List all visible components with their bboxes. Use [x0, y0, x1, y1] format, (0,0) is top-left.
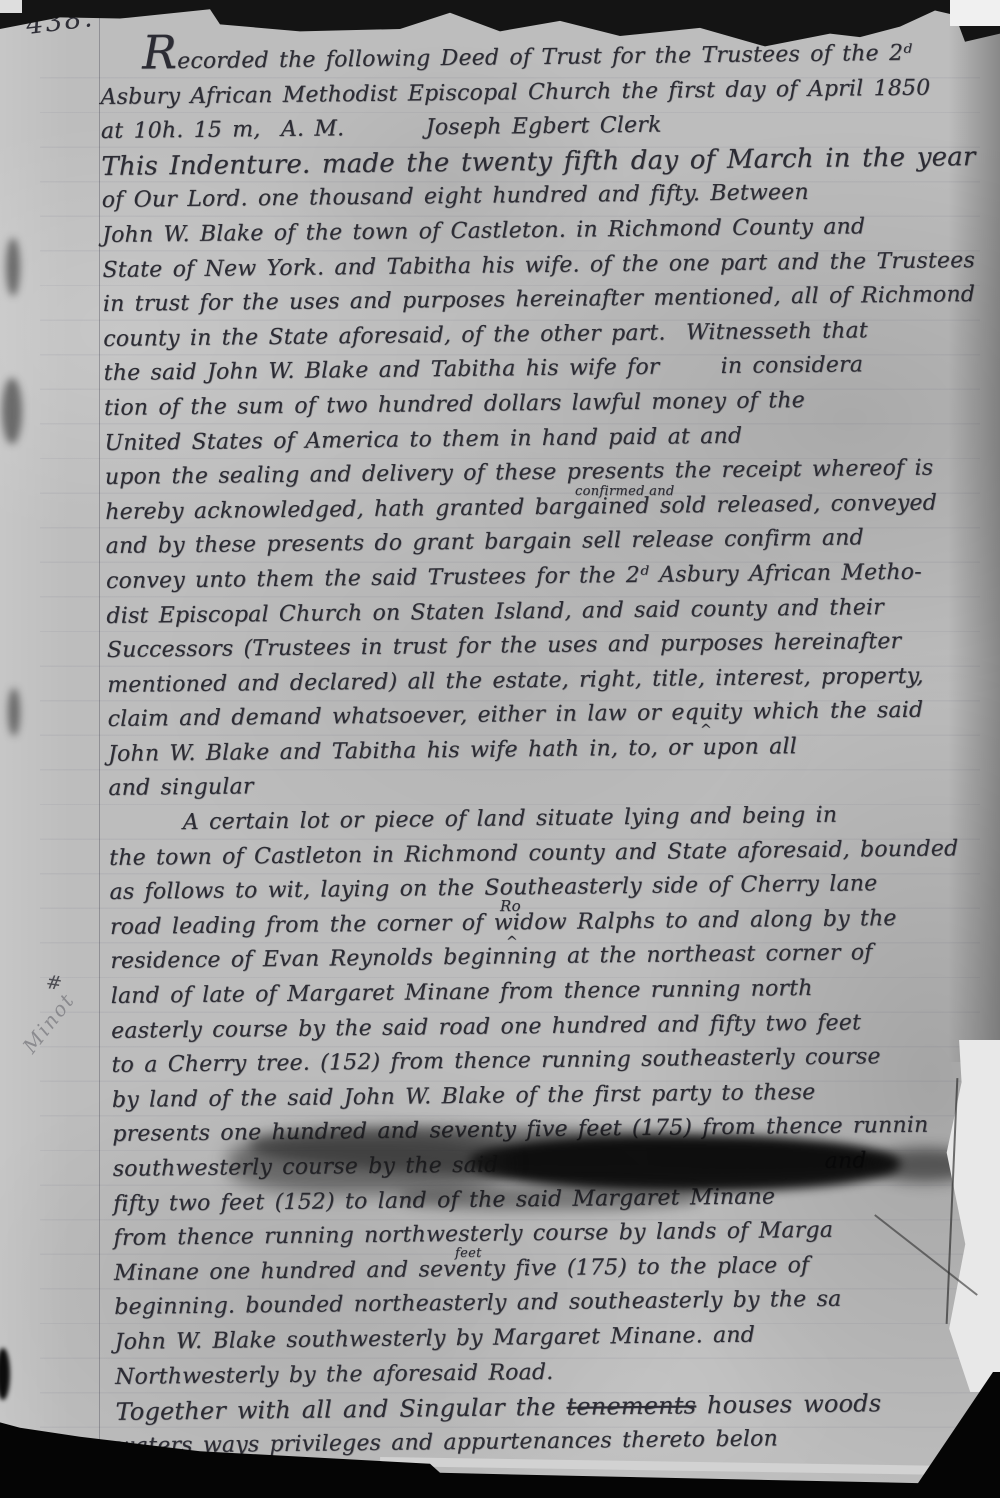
- interline-insert-confirmed-and: confirmed and: [575, 484, 674, 499]
- caret-mark: ^: [506, 934, 518, 950]
- caret-mark: ^: [700, 722, 712, 738]
- top-left-notch: [0, 0, 22, 13]
- edge-smudge: [2, 378, 22, 444]
- interline-insert-ro: Ro: [500, 897, 521, 915]
- interline-insert-feet: feet: [455, 1246, 482, 1261]
- torn-right-edge: [948, 22, 1000, 1062]
- manuscript-page: 438. Recorded the following Deed of Trus…: [0, 0, 1000, 1498]
- edge-smudge: [8, 688, 20, 736]
- top-right-notch: [950, 0, 1000, 26]
- edge-smudge: [0, 1348, 10, 1400]
- manuscript-lines: Recorded the following Deed of Trust for…: [100, 36, 1000, 1464]
- edge-smudge: [6, 238, 20, 296]
- margin-pencil-note: Minot: [18, 956, 105, 1057]
- document-scan: 438. Recorded the following Deed of Trus…: [0, 0, 1000, 1498]
- margin-rule-line: [99, 0, 100, 1462]
